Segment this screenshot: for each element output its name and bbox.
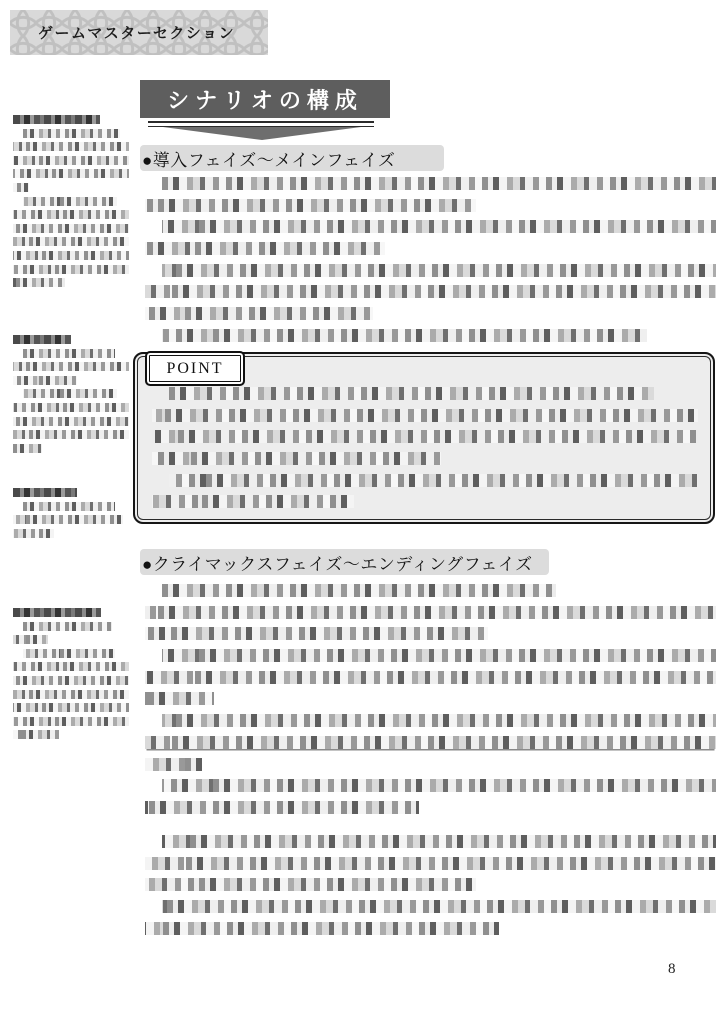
redacted-paragraph [13,622,129,645]
redacted-line [13,635,48,644]
redacted-paragraph [145,900,716,935]
redacted-line [13,717,129,726]
redacted-line [162,649,716,662]
redacted-line [162,835,716,848]
redacted-line [13,210,129,219]
redacted-line [23,129,120,138]
sidebar-note [13,608,129,744]
redacted-line [162,584,556,597]
page-number: 8 [668,961,676,978]
redacted-line [13,142,129,151]
redacted-line [162,264,716,277]
redacted-line [13,251,129,260]
redacted-paragraph [145,779,716,814]
redacted-line [145,242,385,255]
redacted-line [13,676,129,685]
redacted-line [13,376,77,385]
redacted-line [145,922,499,935]
redacted-line [145,627,488,640]
redacted-line [23,349,115,358]
section-banner-label: ゲームマスターセクション [10,22,235,43]
redacted-line [13,690,129,699]
sidebar-note [13,488,129,542]
page-title: シナリオの構成 [140,80,390,118]
redacted-paragraph [152,387,698,465]
section-heading-climax-ending-phase: ●クライマックスフェイズ～エンディングフェイズ [140,549,549,575]
redacted-line [13,662,129,671]
redacted-line [23,197,117,206]
redacted-line [162,779,716,792]
point-callout-box: POINT [133,352,715,524]
redacted-body-section-1 [145,177,716,351]
redacted-line [13,169,129,178]
redacted-line [152,495,354,508]
redacted-line [23,502,115,511]
point-label: POINT [145,351,245,386]
redacted-point-text [152,387,698,517]
redacted-line [13,156,129,165]
redacted-paragraph [145,220,716,255]
redacted-line [169,474,698,487]
redacted-line [145,199,476,212]
redacted-line [13,417,129,426]
redacted-line [145,878,476,891]
redacted-line [145,736,716,749]
redacted-paragraph [13,129,129,192]
redacted-line [162,329,647,342]
redacted-paragraph [145,177,716,212]
redacted-body-section-2 [145,584,716,943]
sidebar-note [13,115,129,292]
redacted-paragraph [13,649,129,740]
redacted-line [145,606,716,619]
redacted-paragraph [13,197,129,288]
redacted-line [23,389,117,398]
redacted-line [162,177,716,190]
section-heading-intro-main-phase: ●導入フェイズ～メインフェイズ [140,145,444,171]
redacted-note-heading [13,335,71,344]
redacted-line [145,801,419,814]
redacted-paragraph [145,714,716,770]
redacted-paragraph [13,502,129,538]
redacted-line [169,387,654,400]
redacted-line [145,857,716,870]
redacted-line [13,529,54,538]
redacted-note-heading [13,115,100,124]
redacted-line [145,692,214,705]
redacted-line [152,452,441,465]
redacted-line [13,703,129,712]
redacted-line [152,409,698,422]
redacted-line [13,237,129,246]
redacted-paragraph [145,264,716,320]
redacted-line [13,515,123,524]
redacted-note-heading [13,488,77,497]
redacted-paragraph [145,835,716,891]
redacted-line [13,444,42,453]
redacted-line [13,278,65,287]
title-arrow-down [163,127,361,140]
redacted-line [13,403,129,412]
redacted-line [13,730,59,739]
redacted-line [13,224,129,233]
redacted-line [13,430,129,439]
redacted-paragraph [145,329,716,342]
redacted-line [145,307,373,320]
redacted-line [145,758,202,771]
redacted-line [162,714,716,727]
sidebar-note [13,335,129,457]
redacted-line [13,183,29,192]
redacted-paragraph [152,474,698,509]
redacted-line [152,430,698,443]
redacted-line [145,671,716,684]
redacted-line [162,900,716,913]
redacted-line [162,220,716,233]
redacted-line [23,622,112,631]
redacted-paragraph [13,389,129,452]
redacted-note-heading [13,608,101,617]
redacted-paragraph [13,349,129,385]
redacted-line [13,265,129,274]
section-banner: ゲームマスターセクション [10,10,268,55]
redacted-paragraph [145,584,716,640]
redacted-line [13,362,129,371]
redacted-line [23,649,115,658]
redacted-paragraph [145,649,716,705]
redacted-line [145,285,716,298]
